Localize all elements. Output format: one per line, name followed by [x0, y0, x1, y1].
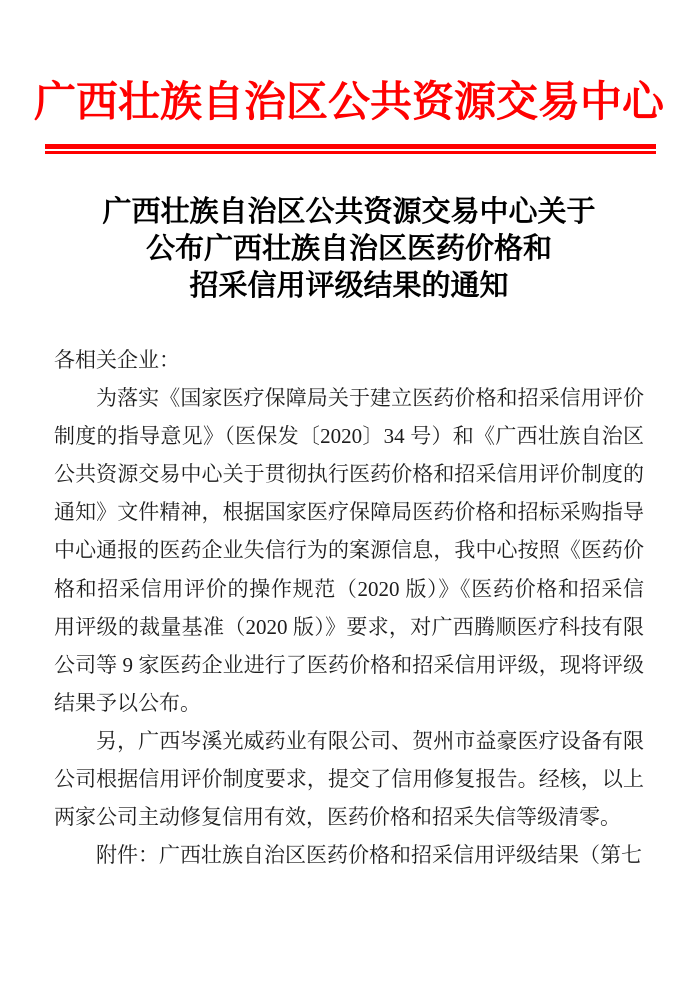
notice-body: 各相关企业： 为落实《国家医疗保障局关于建立医药价格和招采信用评价制度的指导意见… — [54, 341, 644, 874]
divider-thick-rule — [45, 144, 656, 149]
divider-thin-rule — [45, 151, 656, 154]
org-header-title: 广西壮族自治区公共资源交易中心 — [0, 76, 698, 130]
notice-title-line-3: 招采信用评级结果的通知 — [0, 268, 698, 305]
notice-title: 广西壮族自治区公共资源交易中心关于 公布广西壮族自治区医药价格和 招采信用评级结… — [0, 194, 698, 305]
notice-title-line-2: 公布广西壮族自治区医药价格和 — [0, 231, 698, 268]
document-page: 广西壮族自治区公共资源交易中心 广西壮族自治区公共资源交易中心关于 公布广西壮族… — [0, 0, 698, 1008]
body-paragraph-2: 另，广西岑溪光威药业有限公司、贺州市益豪医疗设备有限公司根据信用评价制度要求，提… — [54, 722, 644, 836]
header-divider — [45, 144, 656, 154]
salutation: 各相关企业： — [54, 341, 644, 379]
body-paragraph-1: 为落实《国家医疗保障局关于建立医药价格和招采信用评价制度的指导意见》（医保发〔2… — [54, 379, 644, 722]
notice-title-line-1: 广西壮族自治区公共资源交易中心关于 — [0, 194, 698, 231]
attachment-line: 附件：广西壮族自治区医药价格和招采信用评级结果（第七 — [54, 836, 644, 874]
